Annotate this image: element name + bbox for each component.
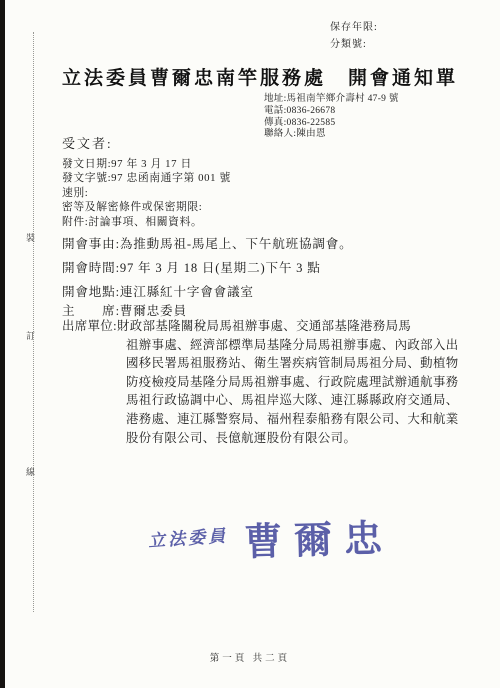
phone-line: 電話:0836-26678 [264,106,399,118]
attendees-text: 財政部基隆關稅局馬祖辦事處、交通部基隆港務局馬 [117,319,411,333]
signature-block: 立法委員 曹爾忠 [148,500,418,572]
meeting-subject-line: 開會事由:為推動馬祖-馬尾上、下午航班協調會。 [62,233,353,252]
attendees-line: 馬祖行政協調中心、馬祖岸巡大隊、連江縣縣政府交通局、 [62,391,462,410]
attendees-line: 股份有限公司、長億航運股份有限公司。 [62,429,462,448]
attendees-line: 出席單位:財政部基隆關稅局馬祖辦事處、交通部基隆港務局馬 [62,317,462,336]
attendees-line: 祖辦事處、經濟部標準局基隆分局馬祖辦事處、內政部入出 [62,336,462,355]
attendees-line: 防疫檢疫局基隆分局馬祖辦事處、行政院處理試辦通航事務 [62,373,462,392]
fax-line: 傳真:0836-22585 [264,118,399,130]
speed-line: 速別: [62,186,231,200]
security-line: 密等及解密條件或保密期限: [62,200,231,214]
scan-edge-artifact [0,0,5,688]
binding-char-zhuang: 裝 [26,234,35,243]
attendees-label: 出席單位: [62,319,117,333]
document-meta-block: 發文日期:97 年 3 月 17 日 發文字號:97 忠函南通字第 001 號 … [62,157,231,229]
document-title: 立法委員曹爾忠南竿服務處 開會通知單 [30,63,490,90]
scanned-meeting-notice-document: 裝 訂 線 保存年限: 分類號: 立法委員曹爾忠南竿服務處 開會通知單 地址:馬… [0,0,500,688]
signature-name: 曹爾忠 [243,507,394,566]
retention-classification-block: 保存年限: 分類號: [330,19,378,53]
attendees-block: 出席單位:財政部基隆關稅局馬祖辦事處、交通部基隆港務局馬 祖辦事處、經濟部標準局… [62,317,462,447]
address-line: 地址:馬祖南竿鄉介壽村 47-9 號 [264,94,399,106]
signature-title: 立法委員 [147,521,229,552]
binding-dotted-line [33,32,34,612]
page-number-footer: 第一頁 共二頁 [0,650,500,664]
classification-label: 分類號: [330,36,378,53]
contact-person-line: 聯絡人:陳由恩 [264,129,399,141]
attendees-line: 港務處、連江縣警察局、福州程泰船務有限公司、大和航業 [62,410,462,429]
binding-char-xian: 線 [26,468,35,477]
attendees-line: 國移民署馬祖服務站、衛生署疾病管制局馬祖分局、動植物 [62,354,462,373]
meeting-time-line: 開會時間:97 年 3 月 18 日(星期二)下午 3 點 [62,257,321,276]
contact-info-block: 地址:馬祖南竿鄉介壽村 47-9 號 電話:0836-26678 傳真:0836… [264,94,399,141]
recipient-label: 受文者: [62,133,113,152]
doc-number-line: 發文字號:97 忠函南通字第 001 號 [62,171,231,185]
binding-char-ding: 訂 [26,332,35,341]
issue-date-line: 發文日期:97 年 3 月 17 日 [62,157,231,171]
meeting-location-line: 開會地點:連江縣紅十字會會議室 [62,281,254,300]
retention-label: 保存年限: [330,19,378,36]
attachment-line: 附件:討論事項、相關資料。 [62,215,231,229]
